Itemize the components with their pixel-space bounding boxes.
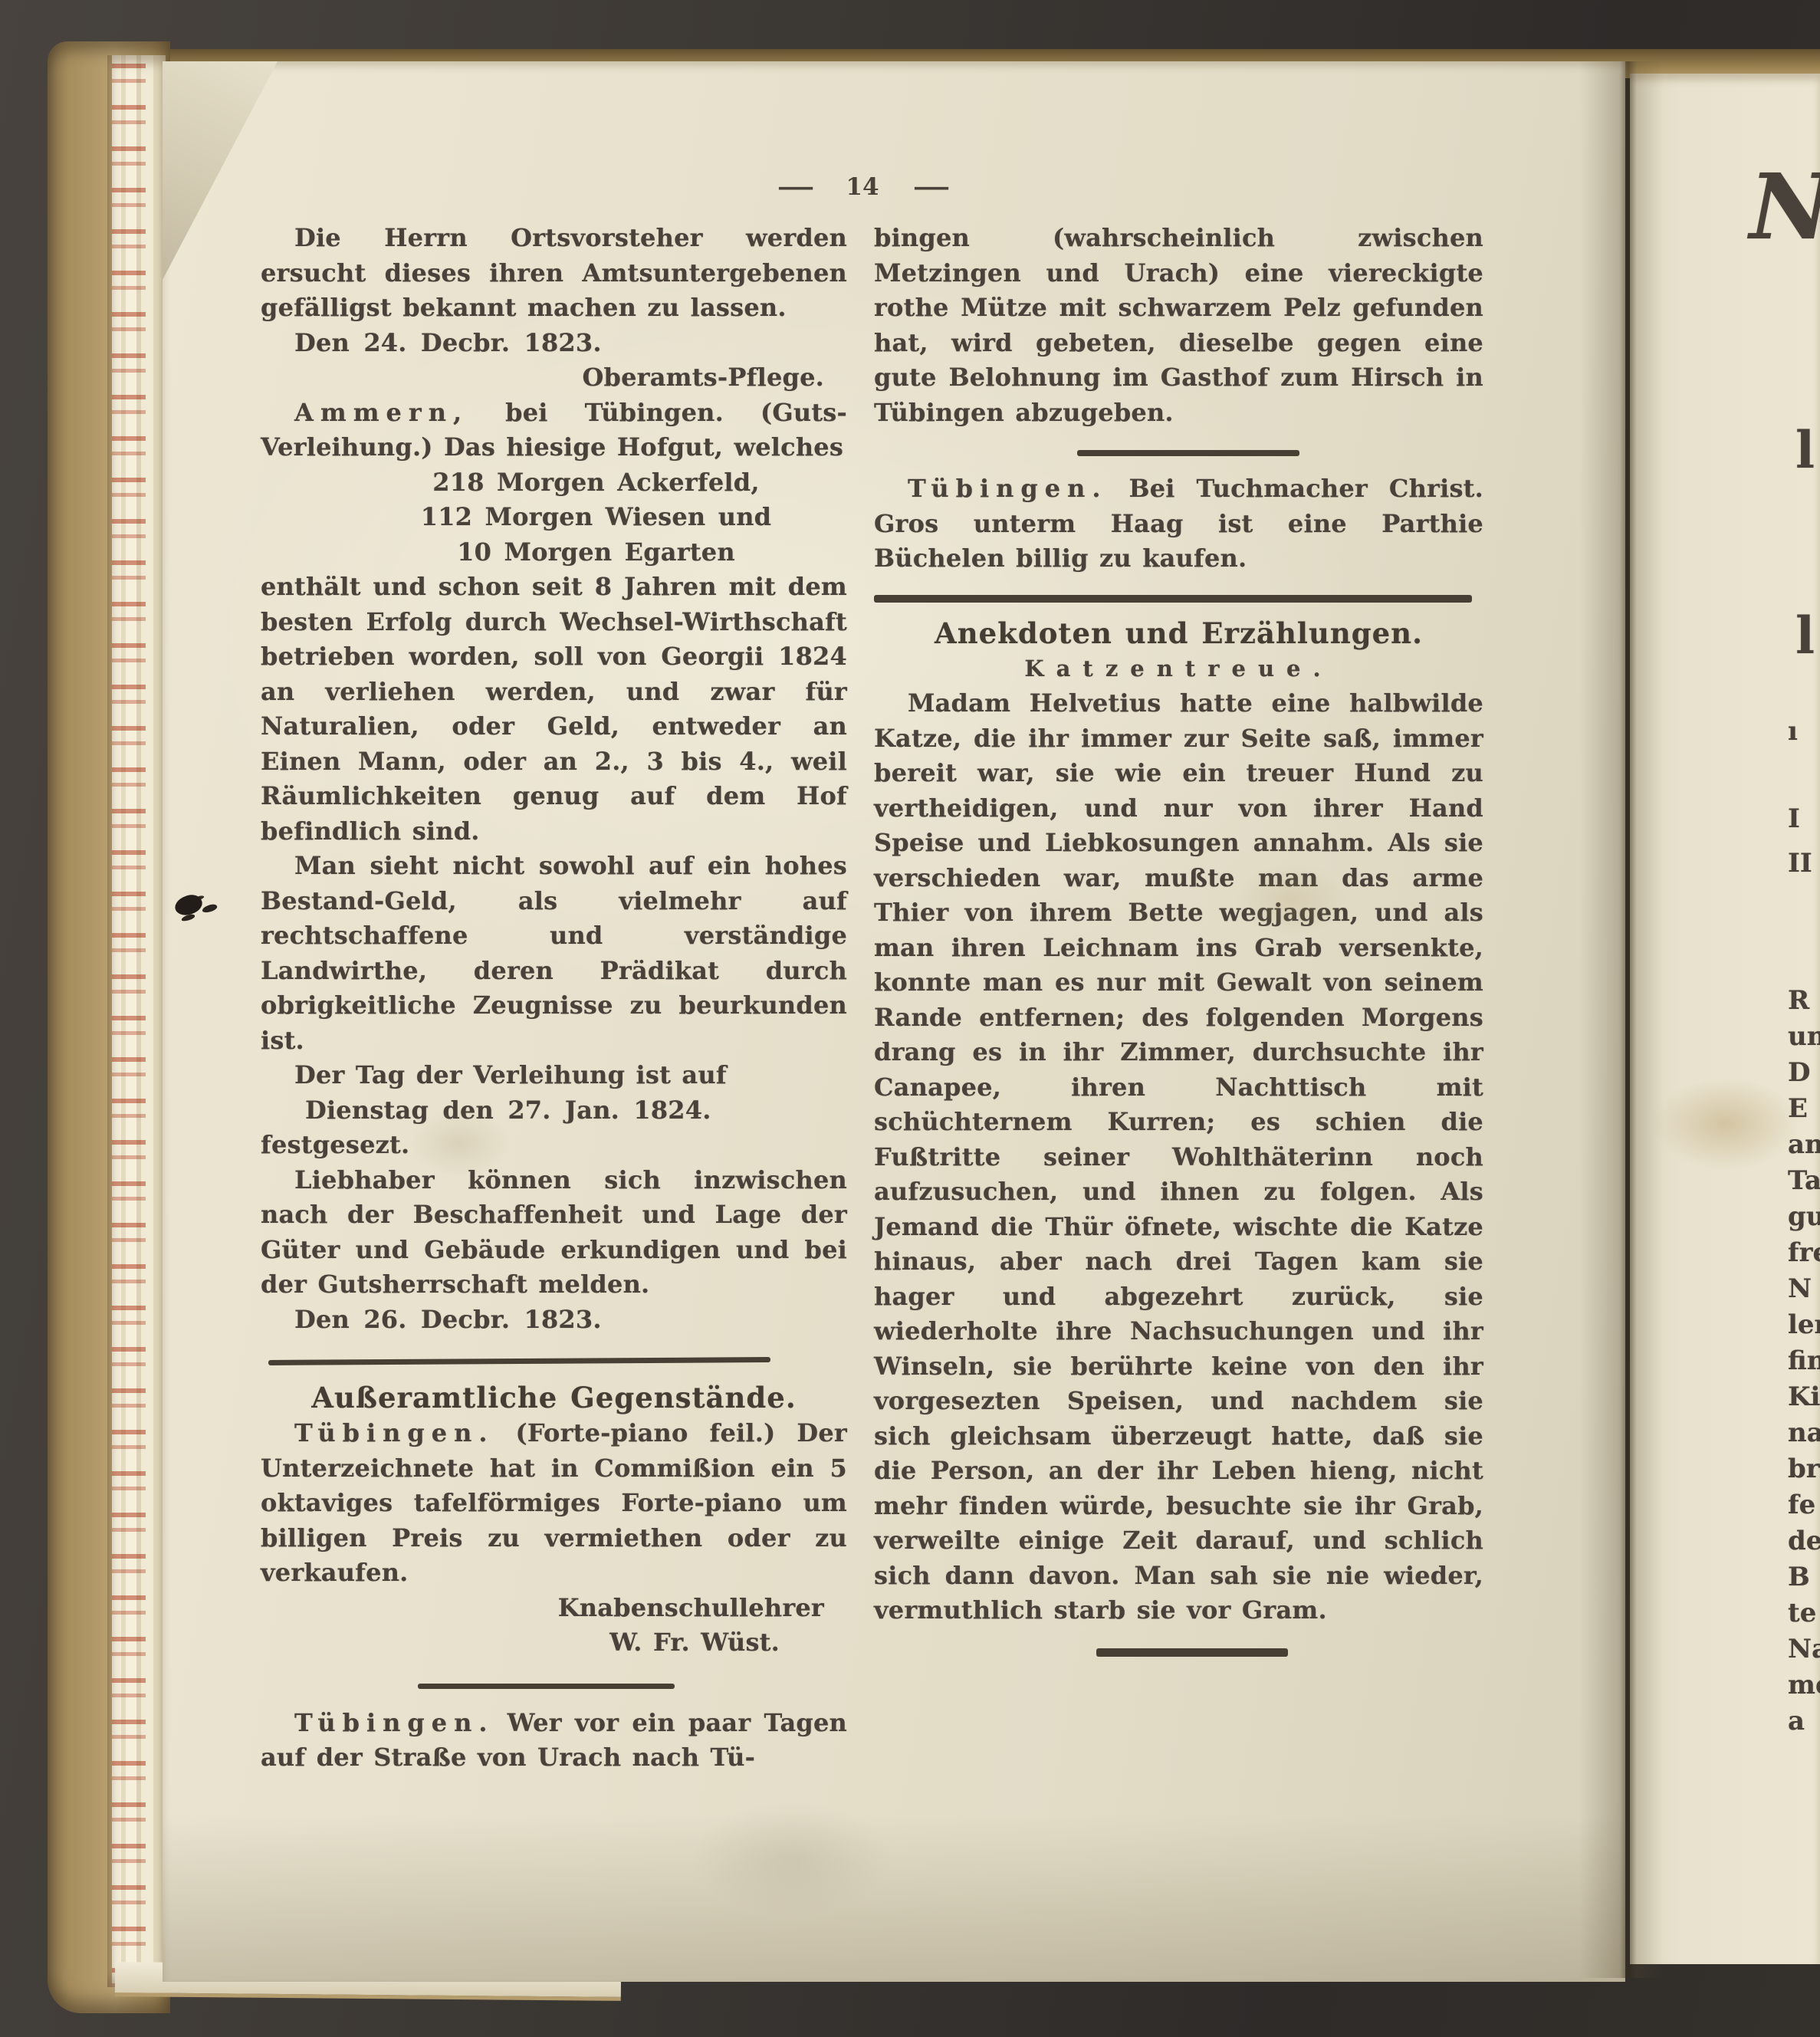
estate-details-paragraph: enthält und schon seit 8 Jahren mit dem … <box>261 570 847 849</box>
acreage-line: 112 Morgen Wiesen und <box>261 500 847 535</box>
next-page-fragment: Na <box>1788 1634 1820 1664</box>
next-page-fragment: br <box>1788 1454 1820 1484</box>
estate-lease-paragraph: Ammern, bei Tübingen. (Guts-Verleihung.)… <box>261 396 847 465</box>
books-ad-paragraph: Tübingen. Bei Tuchmacher Christ. Gros un… <box>874 471 1483 577</box>
story-title: Katzentreue. <box>874 652 1483 687</box>
paper-stain <box>1653 1078 1799 1170</box>
next-page-fragment: an <box>1788 1129 1820 1160</box>
next-page-fragment: l <box>1795 420 1815 480</box>
page-number-value: 14 <box>846 173 879 201</box>
award-date-closing: festgesezt. <box>261 1128 847 1163</box>
ink-blot <box>173 893 204 918</box>
place-name: Tübingen. <box>294 1708 494 1737</box>
next-page-fragment: fre <box>1788 1237 1820 1268</box>
cat-story-paragraph: Madam Helvetius hatte eine halbwilde Kat… <box>874 686 1483 1628</box>
place-name: Tübingen. <box>908 474 1108 503</box>
next-page-fragment: un <box>1788 1021 1820 1052</box>
next-page-fragment: R <box>1788 985 1809 1016</box>
lost-cap-paragraph-start: Tübingen. Wer vor ein paar Tagen auf der… <box>261 1706 847 1776</box>
next-page-fragment: I <box>1788 803 1800 834</box>
scanned-book-page: — 14 — Die Herrn Ortsvorsteher werden er… <box>0 0 1820 2037</box>
paper-stain <box>692 1802 891 1917</box>
authority-signature: Oberamts-Pflege. <box>261 360 847 396</box>
next-page-fragment: ı <box>1788 716 1798 747</box>
date-line: Den 24. Decbr. 1823. <box>261 326 847 361</box>
next-page-fragment: B <box>1788 1562 1810 1592</box>
section-divider-heavy <box>874 595 1472 603</box>
next-page-fragment: fin <box>1788 1345 1820 1376</box>
anecdotes-heading: Anekdoten und Erzählungen. <box>874 615 1483 652</box>
next-page-fragment: D <box>1788 1057 1810 1088</box>
lost-cap-paragraph-continued: bingen (wahrscheinlich zwischen Metzinge… <box>874 221 1483 430</box>
advertiser-title: Knabenschullehrer <box>261 1591 847 1626</box>
next-page-fragment: gu <box>1788 1201 1820 1232</box>
next-page-fragment: a <box>1788 1706 1805 1736</box>
page-number: — 14 — <box>163 173 1562 201</box>
section-divider <box>418 1684 675 1689</box>
next-page-fragment: fe <box>1788 1490 1815 1520</box>
section-divider <box>268 1357 770 1365</box>
inquiry-paragraph: Liebhaber können sich inzwischen nach de… <box>261 1163 847 1303</box>
next-page-fragment: E <box>1788 1093 1808 1124</box>
page-14: — 14 — Die Herrn Ortsvorsteher werden er… <box>163 61 1625 1982</box>
acreage-line: 10 Morgen Egarten <box>261 535 847 570</box>
next-page-fragment: Ta <box>1788 1165 1820 1196</box>
next-page-fragment: Ki <box>1788 1382 1820 1412</box>
date-line: Den 26. Decbr. 1823. <box>261 1303 847 1338</box>
place-name: Ammern, <box>294 398 468 427</box>
next-page-fragment: na <box>1788 1418 1820 1448</box>
award-day-line: Der Tag der Verleihung ist auf <box>261 1058 847 1093</box>
acreage-line: 218 Morgen Ackerfeld, <box>261 465 847 501</box>
next-page-fragment: ler <box>1788 1309 1820 1340</box>
piano-ad-paragraph: Tübingen. (Forte-piano feil.) Der Unterz… <box>261 1416 847 1591</box>
next-page-fragment: N <box>1749 153 1820 260</box>
page-edges-sprinkled <box>107 55 166 1987</box>
notice-paragraph: Die Herrn Ortsvorsteher werden ersucht d… <box>261 221 847 326</box>
section-divider <box>1077 450 1299 456</box>
next-page-fragment: II <box>1788 848 1812 879</box>
advertiser-name: W. Fr. Wüst. <box>261 1625 847 1661</box>
next-page-fragment: N <box>1788 1273 1812 1304</box>
page-number-dash-left: — <box>777 173 813 201</box>
tenant-requirements-paragraph: Man sieht nicht sowohl auf ein hohes Bes… <box>261 849 847 1058</box>
award-date-line: Dienstag den 27. Jan. 1824. <box>261 1093 847 1129</box>
left-column: Die Herrn Ortsvorsteher werden ersucht d… <box>261 221 847 1776</box>
story-end-divider <box>1096 1648 1288 1657</box>
next-page-fragment: me <box>1788 1670 1820 1700</box>
place-name: Tübingen. <box>294 1418 494 1447</box>
next-page-fragment: te <box>1788 1598 1816 1628</box>
right-column: bingen (wahrscheinlich zwischen Metzinge… <box>874 221 1483 1657</box>
next-page-fragment: l <box>1795 606 1815 665</box>
section-heading: Außeramtliche Gegenstände. <box>261 1379 847 1416</box>
next-page-fragment: de <box>1788 1526 1820 1556</box>
next-page-sliver: NllıIIIRunDEanTagufreNlerfinKinabrfedeBt… <box>1630 74 1820 1964</box>
page-number-dash-right: — <box>912 173 948 201</box>
